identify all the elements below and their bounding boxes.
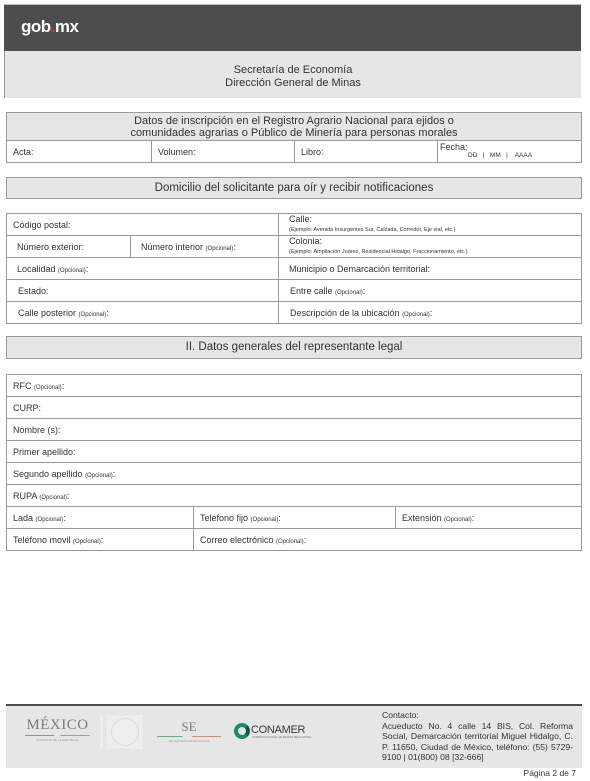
label-numero-exterior: Número exterior: [17, 242, 84, 252]
hint-colonia: (Ejemplo: Ampliación Juárez, Residencial… [289, 247, 575, 257]
label-descripcion-ubicacion: Descripción de la ubicación [290, 308, 402, 318]
label-lada: Lada [13, 513, 36, 523]
registro-section-title: Datos de inscripción en el Registro Agra… [7, 113, 582, 141]
footer: MÉXICO GOBIERNO DE LA REPÚBLICA SE SECRE… [6, 706, 582, 768]
label-colonia: Colonia: [289, 236, 322, 246]
label-entre-calle: Entre calle [290, 286, 335, 296]
label-codigo-postal: Código postal: [13, 220, 71, 230]
optional-tag: (Opcional) [79, 312, 107, 318]
se-logo-bar [157, 736, 221, 737]
field-rfc[interactable]: RFC (Opcional): [7, 375, 582, 397]
domicilio-table: Código postal: Calle: (Ejemplo: Avenida … [6, 213, 582, 324]
label-telefono-movil: Teléfono movil [13, 535, 73, 545]
field-telefono-movil[interactable]: Teléfono movil (Opcional): [7, 529, 194, 551]
optional-tag: (Opcional) [444, 517, 472, 523]
field-libro[interactable]: Libro: [295, 141, 438, 163]
se-logo: SE SECRETARÍA DE ECONOMÍA [157, 719, 221, 743]
logo-separator [101, 715, 102, 749]
field-municipio[interactable]: Municipio o Demarcación territorial: [279, 258, 582, 280]
mexico-logo-bar [25, 735, 90, 736]
hint-calle: (Ejemplo: Avenida Insurgentes Sur, Calza… [289, 225, 575, 235]
representante-section-title: II. Datos generales del representante le… [6, 336, 582, 359]
optional-tag: (Opcional) [36, 517, 64, 523]
label-correo-electronico: Correo electrónico [200, 535, 276, 545]
conamer-logo-subtitle: COMISIÓN NACIONAL DE MEJORA REGULATORIA [252, 736, 312, 739]
optional-tag: (Opcional) [34, 385, 62, 391]
label-municipio: Municipio o Demarcación territorial: [289, 264, 430, 274]
field-segundo-apellido[interactable]: Segundo apellido (Opcional): [7, 463, 582, 485]
agency-direccion: Dirección General de Minas [5, 77, 581, 90]
field-lada[interactable]: Lada (Opcional): [7, 507, 194, 529]
label-localidad: Localidad [17, 264, 58, 274]
field-telefono-fijo[interactable]: Teléfono fijo (Opcional): [194, 507, 396, 529]
field-primer-apellido[interactable]: Primer apellido: [7, 441, 582, 463]
label-calle: Calle: [289, 214, 312, 224]
gob-mx-logo: gob.mx [21, 17, 78, 37]
label-segundo-apellido: Segundo apellido [13, 469, 85, 479]
representante-table: RFC (Opcional): CURP: Nombre (s): Primer… [6, 374, 582, 551]
fecha-format-hint: DD | MM | AAAA [440, 152, 575, 159]
national-emblem-icon [107, 715, 143, 749]
label-curp: CURP: [13, 403, 41, 413]
domicilio-section-title: Domicilio del solicitante para oír y rec… [6, 177, 582, 199]
label-numero-interior: Número interior [141, 242, 206, 252]
label-calle-posterior: Calle posterior [18, 308, 79, 318]
field-codigo-postal[interactable]: Código postal: [7, 214, 279, 236]
field-volumen[interactable]: Volumen: [152, 141, 295, 163]
field-numero-interior[interactable]: Número interior (Opcional): [131, 236, 279, 258]
contact-label: Contacto: [382, 710, 573, 721]
optional-tag: (Opcional) [206, 246, 234, 252]
mexico-logo: MÉXICO GOBIERNO DE LA REPÚBLICA [25, 717, 90, 742]
label-primer-apellido: Primer apellido: [13, 447, 76, 457]
gob-mx-header-bar: gob.mx [4, 4, 581, 51]
label-telefono-fijo: Teléfono fijo [200, 513, 251, 523]
field-estado[interactable]: Estado: [7, 280, 279, 302]
label-extension: Extensión [402, 513, 444, 523]
field-calle[interactable]: Calle: (Ejemplo: Avenida Insurgentes Sur… [279, 214, 582, 236]
optional-tag: (Opcional) [335, 290, 363, 296]
optional-tag: (Opcional) [402, 312, 430, 318]
registro-table: Datos de inscripción en el Registro Agra… [6, 112, 582, 163]
field-extension[interactable]: Extensión (Opcional): [396, 507, 582, 529]
agency-header: Secretaría de Economía Dirección General… [4, 51, 581, 98]
label-acta: Acta: [13, 147, 34, 157]
label-rupa: RUPA [13, 491, 39, 501]
mexico-logo-text: MÉXICO [25, 717, 90, 734]
optional-tag: (Opcional) [251, 517, 279, 523]
optional-tag: (Opcional) [39, 495, 67, 501]
field-correo-electronico[interactable]: Correo electrónico (Opcional): [194, 529, 582, 551]
optional-tag: (Opcional) [73, 539, 101, 545]
optional-tag: (Opcional) [58, 268, 86, 274]
field-descripcion-ubicacion[interactable]: Descripción de la ubicación (Opcional): [279, 302, 582, 324]
se-logo-text: SE [157, 719, 221, 735]
label-rfc: RFC [13, 381, 34, 391]
registro-title-line1: Datos de inscripción en el Registro Agra… [7, 115, 581, 128]
page-number: Página 2 de 7 [524, 768, 576, 778]
optional-tag: (Opcional) [85, 473, 113, 479]
field-acta[interactable]: Acta: [7, 141, 152, 163]
field-nombre[interactable]: Nombre (s): [7, 419, 582, 441]
label-estado: Estado: [18, 286, 49, 296]
se-logo-subtitle: SECRETARÍA DE ECONOMÍA [157, 739, 221, 743]
conamer-logo-text: CONAMER [251, 724, 305, 736]
label-libro: Libro: [301, 147, 324, 157]
contact-address: Acueducto No. 4 calle 14 BIS, Col. Refor… [382, 721, 573, 763]
field-fecha[interactable]: Fecha: DD | MM | AAAA [438, 141, 582, 163]
field-curp[interactable]: CURP: [7, 397, 582, 419]
field-localidad[interactable]: Localidad (Opcional): [7, 258, 279, 280]
field-colonia[interactable]: Colonia: (Ejemplo: Ampliación Juárez, Re… [279, 236, 582, 258]
conamer-ring-icon [234, 723, 250, 739]
logo-text-gob: gob [21, 17, 51, 36]
label-fecha: Fecha: [440, 142, 575, 152]
field-numero-exterior[interactable]: Número exterior: [7, 236, 131, 258]
label-nombre: Nombre (s): [13, 425, 61, 435]
agency-secretaria: Secretaría de Economía [5, 64, 581, 77]
logo-text-mx: mx [55, 17, 79, 36]
mexico-logo-subtitle: GOBIERNO DE LA REPÚBLICA [25, 738, 90, 742]
registro-title-line2: comunidades agrarias o Público de Minerí… [7, 127, 581, 140]
label-volumen: Volumen: [158, 147, 196, 157]
field-entre-calle[interactable]: Entre calle (Opcional): [279, 280, 582, 302]
contact-info: Contacto: Acueducto No. 4 calle 14 BIS, … [382, 710, 573, 763]
field-rupa[interactable]: RUPA (Opcional): [7, 485, 582, 507]
field-calle-posterior[interactable]: Calle posterior (Opcional): [7, 302, 279, 324]
optional-tag: (Opcional) [276, 539, 304, 545]
